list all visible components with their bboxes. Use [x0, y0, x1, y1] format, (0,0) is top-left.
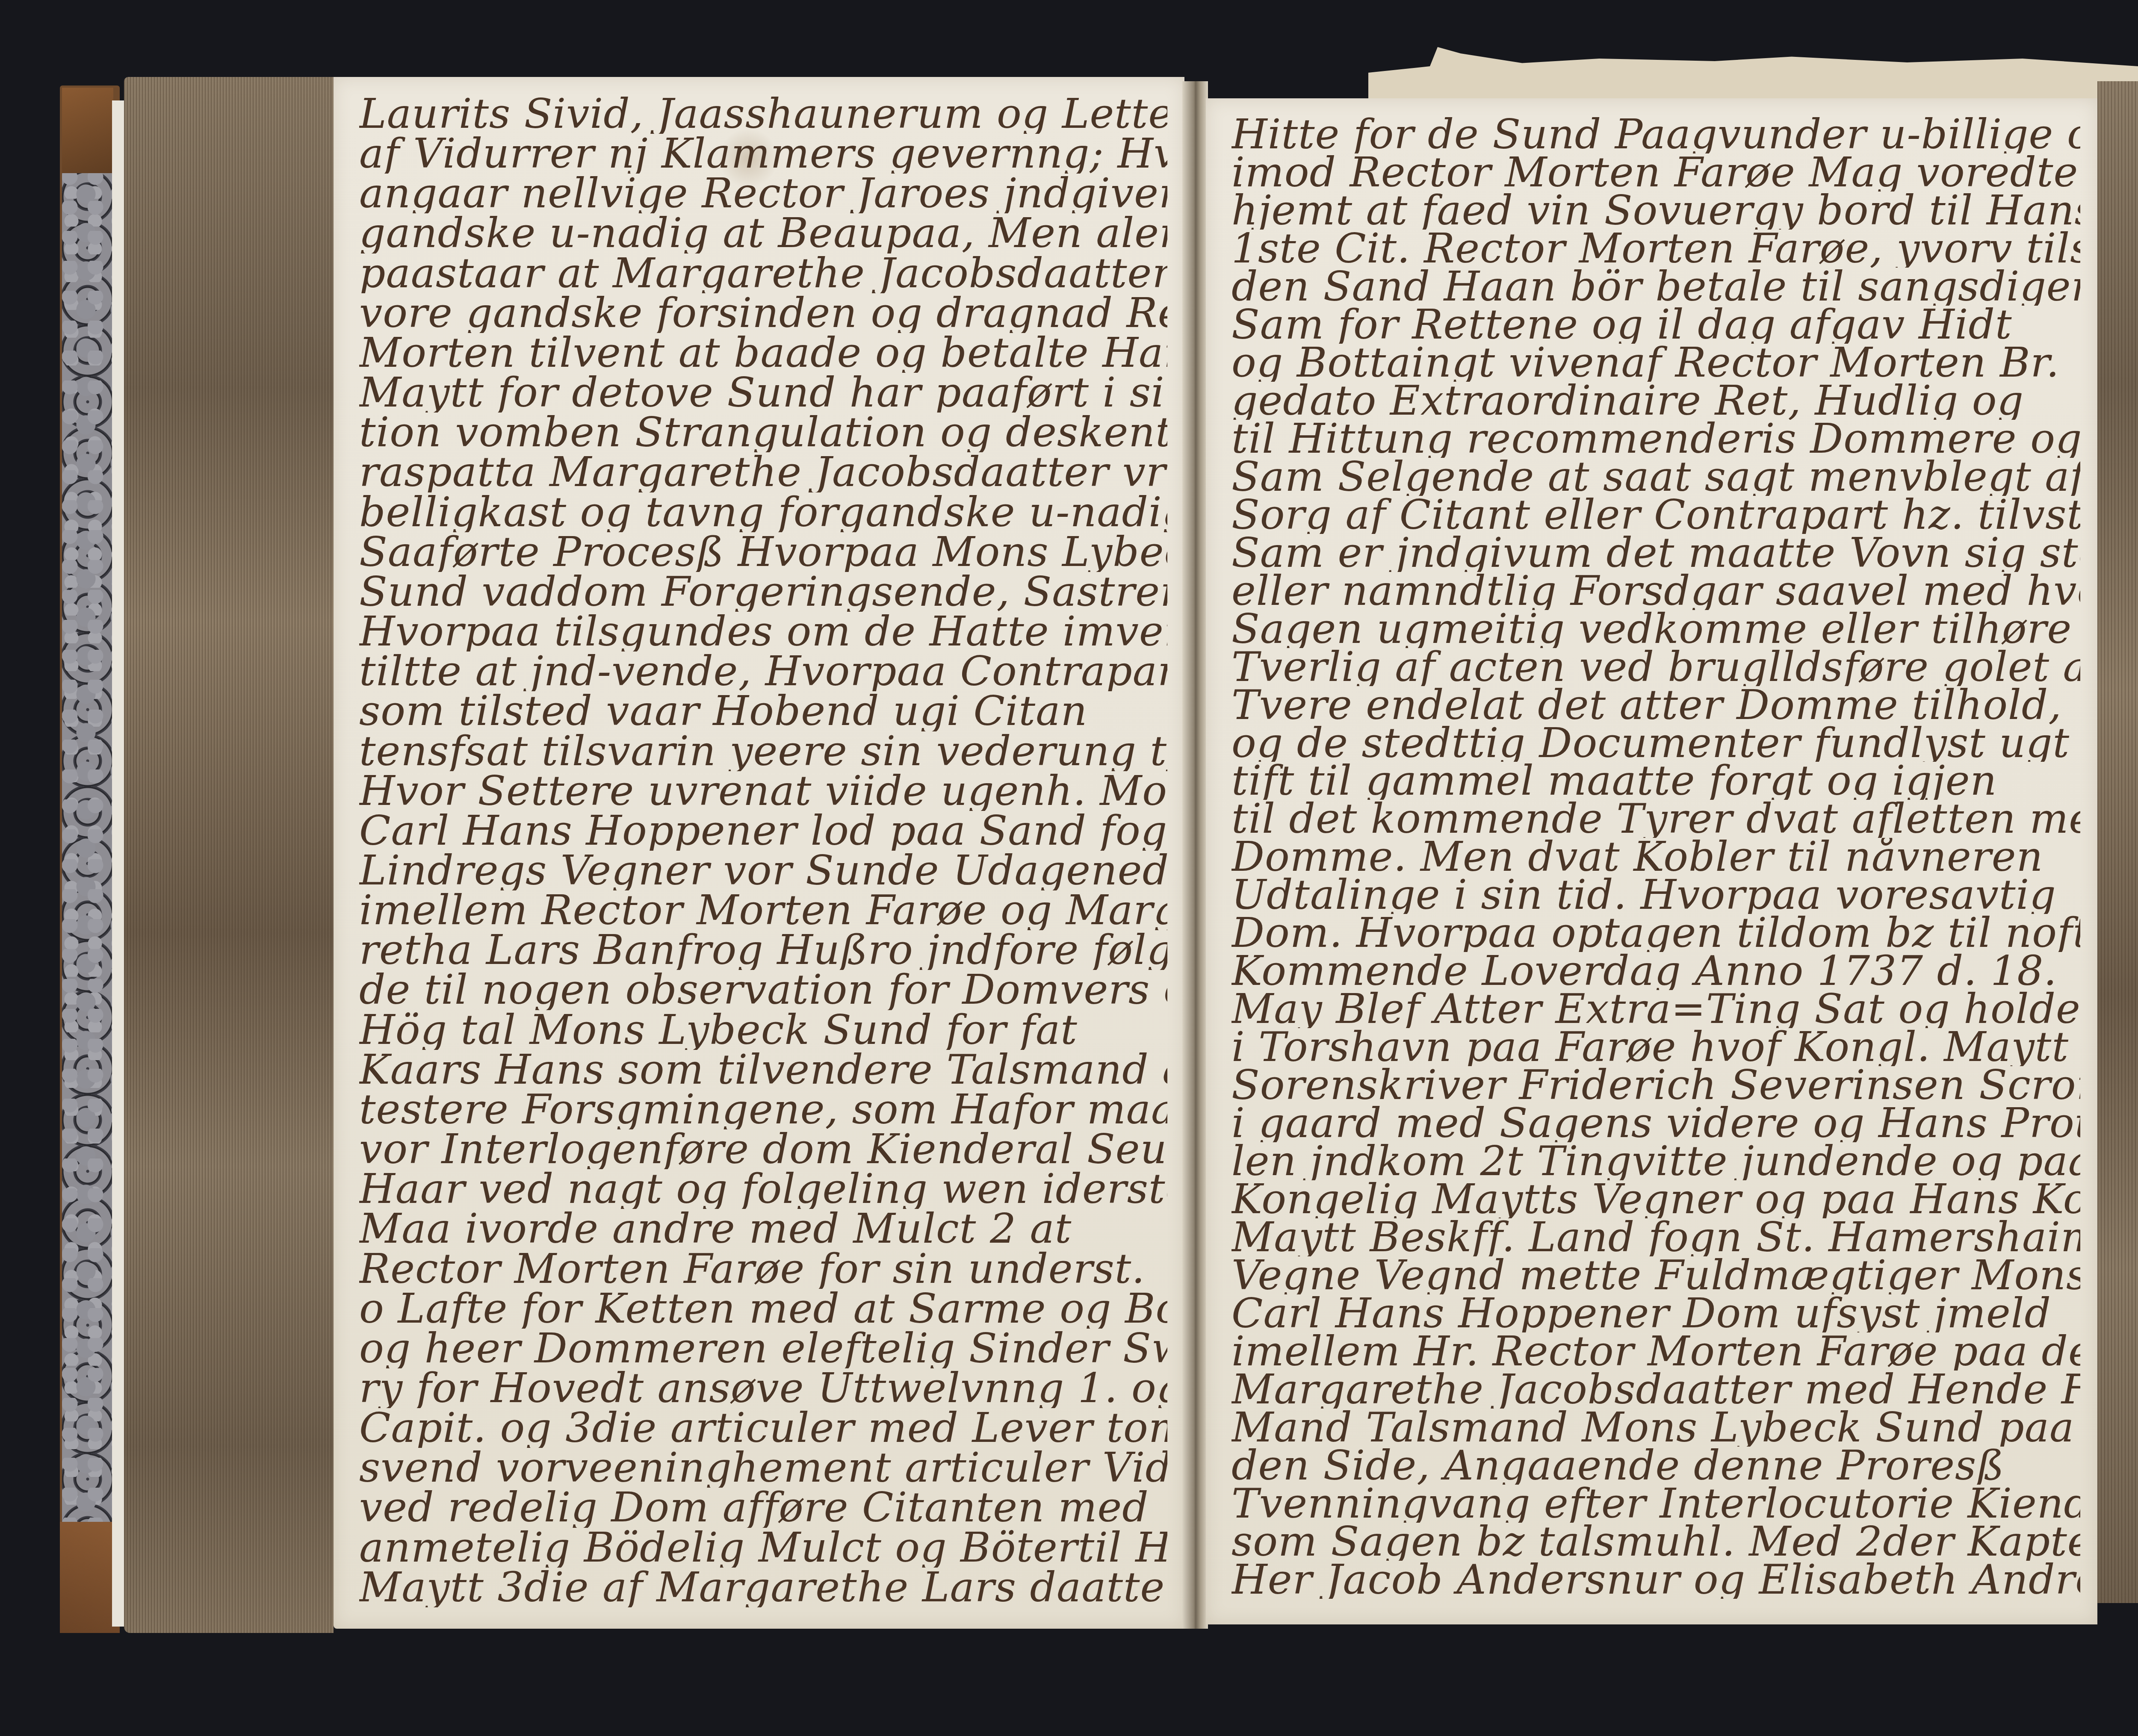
manuscript-line: i gaard med Sagens videre og Hans Protoc…	[1231, 1104, 2080, 1142]
page-edges-left	[124, 77, 334, 1633]
manuscript-line: Maytt for detove Sund har paaført i sin …	[359, 373, 1167, 413]
manuscript-line: 1ste Cit. Rector Morten Farøe, yvorv til…	[1231, 230, 2080, 268]
manuscript-line: til det kommende Tyrer dvat afletten med	[1231, 800, 2080, 838]
manuscript-line: vor Interlogenføre dom Kienderal Seut	[359, 1129, 1167, 1169]
manuscript-line: eller namndtlig Forsdgar saavel med hvor…	[1231, 572, 2080, 610]
manuscript-line: tift til gammel maatte forgt og igjen	[1231, 762, 2080, 800]
manuscript-line: ved redelig Dom afføre Citanten med	[359, 1488, 1167, 1527]
manuscript-line: tiltte at jnd-vende, Hvorpaa Contraparte…	[359, 651, 1167, 691]
manuscript-line: Lindregs Vegner vor Sunde Udagened Tag	[359, 851, 1167, 890]
manuscript-line: Domme. Men dvat Kobler til nåvneren	[1231, 838, 2080, 876]
manuscript-line: som Sagen bz talsmuhl. Med 2der Kapte Si…	[1231, 1523, 2080, 1561]
manuscript-line: Maa ivorde andre med Mulct 2 at	[359, 1209, 1167, 1249]
manuscript-line: gedato Extraordinaire Ret, Hudlig og	[1231, 382, 2080, 420]
manuscript-line: Carl Hans Hoppener lod paa Sand fogd	[359, 811, 1167, 851]
manuscript-line: gandske u-nadig at Beaupaa, Men alene	[359, 213, 1167, 253]
manuscript-line: og Bottaingt vivenaf Rector Morten Br.	[1231, 344, 2080, 382]
manuscript-line: testere Forsgmingene, som Hafor maatte	[359, 1090, 1167, 1129]
manuscript-line: Hög tal Mons Lybeck Sund for fat	[359, 1010, 1167, 1050]
manuscript-line: belligkast og tavng forgandske u-nadigt	[359, 492, 1167, 532]
manuscript-line: Sam Selgende at saat sagt menvblegt af a…	[1231, 458, 2080, 496]
manuscript-line: tion vomben Strangulation og deskente	[359, 413, 1167, 452]
manuscript-line: raspatta Margarethe Jacobsdaatter vrg	[359, 452, 1167, 492]
manuscript-line: ry for Hovedt ansøve Uttwelvnng 1. og 2	[359, 1368, 1167, 1408]
book-gutter	[1182, 81, 1208, 1629]
manuscript-line: Sorenskriver Friderich Severinsen Scror	[1231, 1066, 2080, 1104]
manuscript-line: paastaar at Margarethe Jacobsdaatter bag	[359, 253, 1167, 293]
manuscript-line: svend vorveeninghement articuler Vid	[359, 1448, 1167, 1488]
manuscript-line: Sam er jndgivum det maatte Vovn sig sted…	[1231, 534, 2080, 572]
right-page: Hitte for de Sund Paagvunder u-billige o…	[1206, 98, 2097, 1624]
manuscript-line: Dom. Hvorpaa optagen tildom bz til noft	[1231, 914, 2080, 952]
page-edges-right	[2097, 81, 2138, 1603]
manuscript-line: Hitte for de Sund Paagvunder u-billige o…	[1231, 115, 2080, 153]
manuscript-line: de til nogen observation for Domvers og …	[359, 970, 1167, 1010]
manuscript-line: imod Rector Morten Farøe Mag voredte	[1231, 153, 2080, 192]
manuscript-line: og de stedttig Documenter fundlyst ugt	[1231, 724, 2080, 762]
manuscript-line: vore gandske forsinden og dragnad Rector	[359, 293, 1167, 333]
manuscript-line: Vegne Vegnd mette Fuldmægtiger Mons	[1231, 1256, 2080, 1294]
manuscript-line: den Side, Angaaende denne Proresß	[1231, 1447, 2080, 1485]
leather-corner-top	[62, 88, 113, 173]
manuscript-line: Sorg af Citant eller Contrapart hz. tilv…	[1231, 496, 2080, 534]
manuscript-line: angaar nellvige Rector Jaroes jndgivende…	[359, 174, 1167, 213]
manuscript-line: Her Jacob Andersnur og Elisabeth Andreßd…	[1231, 1561, 2080, 1599]
manuscript-line: Sam for Rettene og il dag afgav Hidt	[1231, 306, 2080, 344]
manuscript-line: Mand Talsmand Mons Lybeck Sund paa den a…	[1231, 1409, 2080, 1447]
marbled-endpaper	[62, 171, 118, 1530]
manuscript-line: Saaførte Procesß Hvorpaa Mons Lybeck	[359, 532, 1167, 572]
flyleaf-left	[112, 100, 125, 1627]
manuscript-line: Sagen ugmeitig vedkomme eller tilhøre al…	[1231, 610, 2080, 648]
manuscript-line: imellem Rector Morten Farøe og Marga	[359, 890, 1167, 930]
manuscript-line: anmetelig Bödelig Mulct og Bötertil Hans	[359, 1528, 1167, 1568]
manuscript-line: Tvere endelat det atter Domme tilhold,	[1231, 686, 2080, 724]
manuscript-line: Maytt 3die af Margarethe Lars daatter	[359, 1568, 1167, 1607]
left-page: Laurits Sivid, Jaasshaunerum og Lettes f…	[334, 77, 1184, 1629]
manuscript-line: Tvenningvang efter Interlocutorie Kiendd…	[1231, 1485, 2080, 1523]
manuscript-line: som tilsted vaar Hobend ugi Citan	[359, 691, 1167, 731]
manuscript-line: Sund vaddom Forgeringsende, Sastrens	[359, 572, 1167, 612]
manuscript-line: af Vidurrer nj Klammers gevernng; Hvar	[359, 134, 1167, 174]
manuscript-line: Hvorpaa tilsgundes om de Hatte imven	[359, 612, 1167, 651]
manuscript-line: o Lafte for Ketten med at Sarme og Boye	[359, 1289, 1167, 1329]
manuscript-line: Maytt Beskff. Land fogn St. Hamershaimbs	[1231, 1218, 2080, 1256]
manuscript-line: den Sand Haan bör betale til sangsdigend…	[1231, 268, 2080, 306]
manuscript-line: Kommende Loverdag Anno 1737 d. 18.	[1231, 952, 2080, 990]
manuscript-line: hjemt at faed vin Sovuergy bord til Hans…	[1231, 192, 2080, 230]
manuscript-line: Carl Hans Hoppener Dom ufsyst jmeld	[1231, 1294, 2080, 1332]
right-page-lines: Hitte for de Sund Paagvunder u-billige o…	[1231, 115, 2080, 1599]
manuscript-line: Laurits Sivid, Jaasshaunerum og Lettes f…	[359, 94, 1167, 134]
manuscript-line: May Blef Atter Extra=Ting Sat og holden	[1231, 990, 2080, 1028]
manuscript-line: Kaars Hans som tilvendere Talsmand at Pr…	[359, 1050, 1167, 1090]
left-page-lines: Laurits Sivid, Jaasshaunerum og Lettes f…	[359, 94, 1167, 1607]
manuscript-line: Morten tilvent at baade og betalte Hans	[359, 333, 1167, 373]
manuscript-line: Kongelig Maytts Vegner og paa Hans Kongl…	[1231, 1180, 2080, 1218]
manuscript-line: Margarethe Jacobsdaatter med Hende Forsv…	[1231, 1371, 2080, 1409]
manuscript-line: tensfsat tilsvarin yeere sin vederung ty	[359, 731, 1167, 771]
manuscript-line: retha Lars Banfrog Hußro jndfore følgen	[359, 930, 1167, 970]
manuscript-line: Udtalinge i sin tid. Hvorpaa voresavtig	[1231, 876, 2080, 914]
manuscript-line: Tverlig af acten ved bruglldsføre golet …	[1231, 648, 2080, 686]
manuscript-line: Haar ved nagt og folgeling wen iderstoff…	[359, 1169, 1167, 1209]
leather-corner-bottom	[60, 1522, 120, 1633]
manuscript-line: i Torshavn paa Farøe hvof Kongl. Maytt	[1231, 1028, 2080, 1066]
manuscript-line: Hvor Settere uvrenat viide ugenh. Mons	[359, 771, 1167, 811]
manuscript-line: til Hittung recommenderis Dommere og til	[1231, 420, 2080, 458]
manuscript-line: og heer Dommeren eleftelig Sinder Sweren…	[359, 1329, 1167, 1368]
manuscript-line: Rector Morten Farøe for sin underst.	[359, 1249, 1167, 1289]
manuscript-line: len jndkom 2t Tingvitte jundende og paa …	[1231, 1142, 2080, 1180]
manuscript-line: Capit. og 3die articuler med Lever tom	[359, 1408, 1167, 1448]
manuscript-line: imellem Hr. Rector Morten Farøe paa den …	[1231, 1332, 2080, 1371]
